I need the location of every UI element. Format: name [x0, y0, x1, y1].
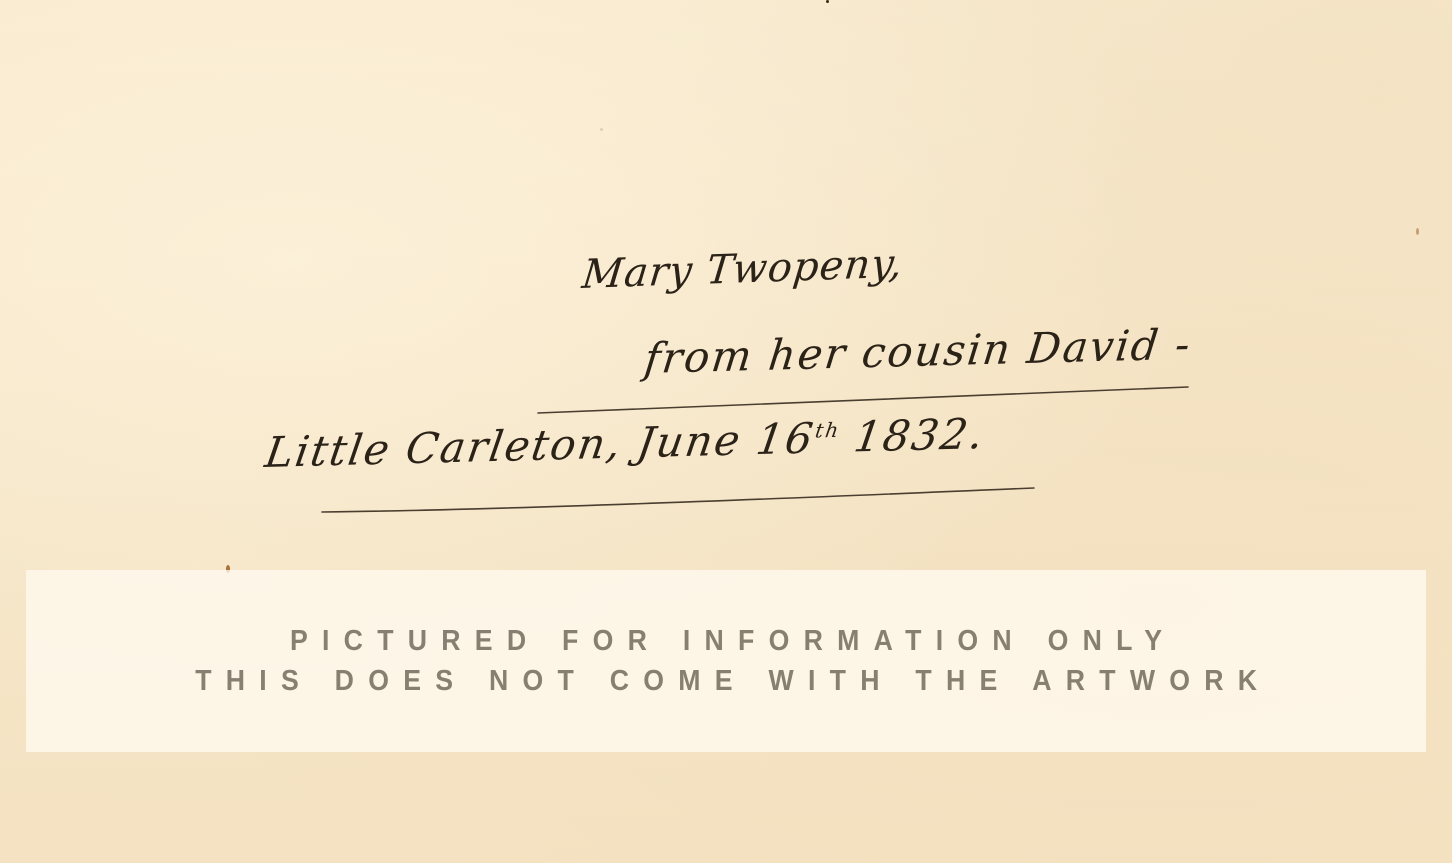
inscription-recipient: Mary Twopeny,	[580, 241, 906, 298]
information-notice-panel: PICTURED FOR INFORMATION ONLY THIS DOES …	[26, 570, 1426, 752]
inscription-place: Little Carleton,	[262, 418, 626, 477]
notice-line-1: PICTURED FOR INFORMATION ONLY	[276, 621, 1176, 661]
inscription-place-date: Little Carleton, June 16th 1832.	[262, 409, 988, 477]
notice-line-2: THIS DOES NOT COME WITH THE ARTWORK	[181, 661, 1271, 701]
inscription-year: 1832.	[851, 409, 989, 462]
inscription-date: June 16	[634, 413, 818, 467]
underline-2	[322, 488, 1034, 512]
inscription-from: from her cousin David -	[642, 320, 1194, 383]
underline-1	[538, 387, 1188, 413]
inscription-date-ordinal: th	[814, 418, 843, 443]
